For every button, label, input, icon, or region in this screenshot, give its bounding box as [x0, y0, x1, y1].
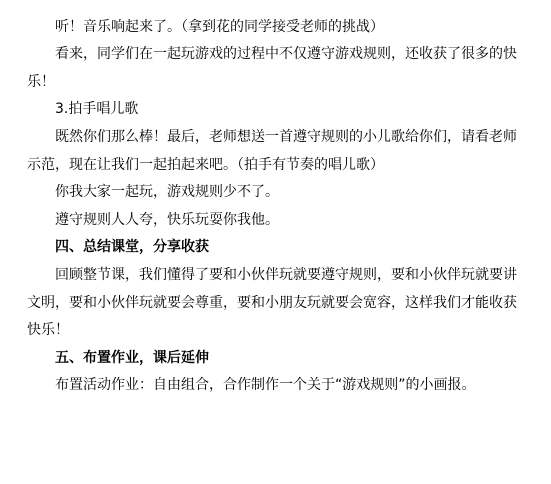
text-line: 文明，要和小伙伴玩就要会尊重，要和小朋友玩就要会宽容，这样我们才能收获	[27, 290, 527, 318]
subheading-clap-song: 3.拍手唱儿歌	[27, 96, 527, 124]
text-line: 快乐！	[27, 317, 527, 345]
text-line: 你我大家一起玩，游戏规则少不了。	[27, 179, 527, 207]
section-heading-summary: 四、总结课堂，分享收获	[27, 234, 527, 262]
text-line: 既然你们那么棒！最后，老师想送一首遵守规则的小儿歌给你们，请看老师	[27, 124, 527, 152]
text-line: 3.拍手唱儿歌	[27, 96, 527, 124]
paragraph-homework-task: 布置活动作业：自由组合，合作制作一个关于“游戏规则”的小画报。	[27, 372, 527, 400]
document-body: 听！音乐响起来了。（拿到花的同学接受老师的挑战） 看来，同学们在一起玩游戏的过程…	[27, 14, 527, 400]
text-line: 布置活动作业：自由组合，合作制作一个关于“游戏规则”的小画报。	[27, 372, 527, 400]
text-line: 看来，同学们在一起玩游戏的过程中不仅遵守游戏规则，还收获了很多的快	[27, 41, 527, 69]
paragraph-music-starts: 听！音乐响起来了。（拿到花的同学接受老师的挑战）	[27, 14, 527, 42]
text-line: 听！音乐响起来了。（拿到花的同学接受老师的挑战）	[27, 14, 527, 42]
heading-text: 五、布置作业，课后延伸	[27, 345, 527, 373]
text-line: 乐！	[27, 69, 527, 97]
paragraph-game-rules-summary: 看来，同学们在一起玩游戏的过程中不仅遵守游戏规则，还收获了很多的快 乐！	[27, 41, 527, 96]
song-verse-1: 你我大家一起玩，游戏规则少不了。	[27, 179, 527, 207]
section-heading-homework: 五、布置作业，课后延伸	[27, 345, 527, 373]
paragraph-lesson-review: 回顾整节课，我们懂得了要和小伙伴玩就要遵守规则，要和小伙伴玩就要讲 文明，要和小…	[27, 262, 527, 345]
text-line: 遵守规则人人夸，快乐玩耍你我他。	[27, 207, 527, 235]
heading-text: 四、总结课堂，分享收获	[27, 234, 527, 262]
text-line: 示范，现在让我们一起拍起来吧。（拍手有节奏的唱儿歌）	[27, 152, 527, 180]
text-line: 回顾整节课，我们懂得了要和小伙伴玩就要遵守规则，要和小伙伴玩就要讲	[27, 262, 527, 290]
song-verse-2: 遵守规则人人夸，快乐玩耍你我他。	[27, 207, 527, 235]
paragraph-teacher-song: 既然你们那么棒！最后，老师想送一首遵守规则的小儿歌给你们，请看老师 示范，现在让…	[27, 124, 527, 179]
